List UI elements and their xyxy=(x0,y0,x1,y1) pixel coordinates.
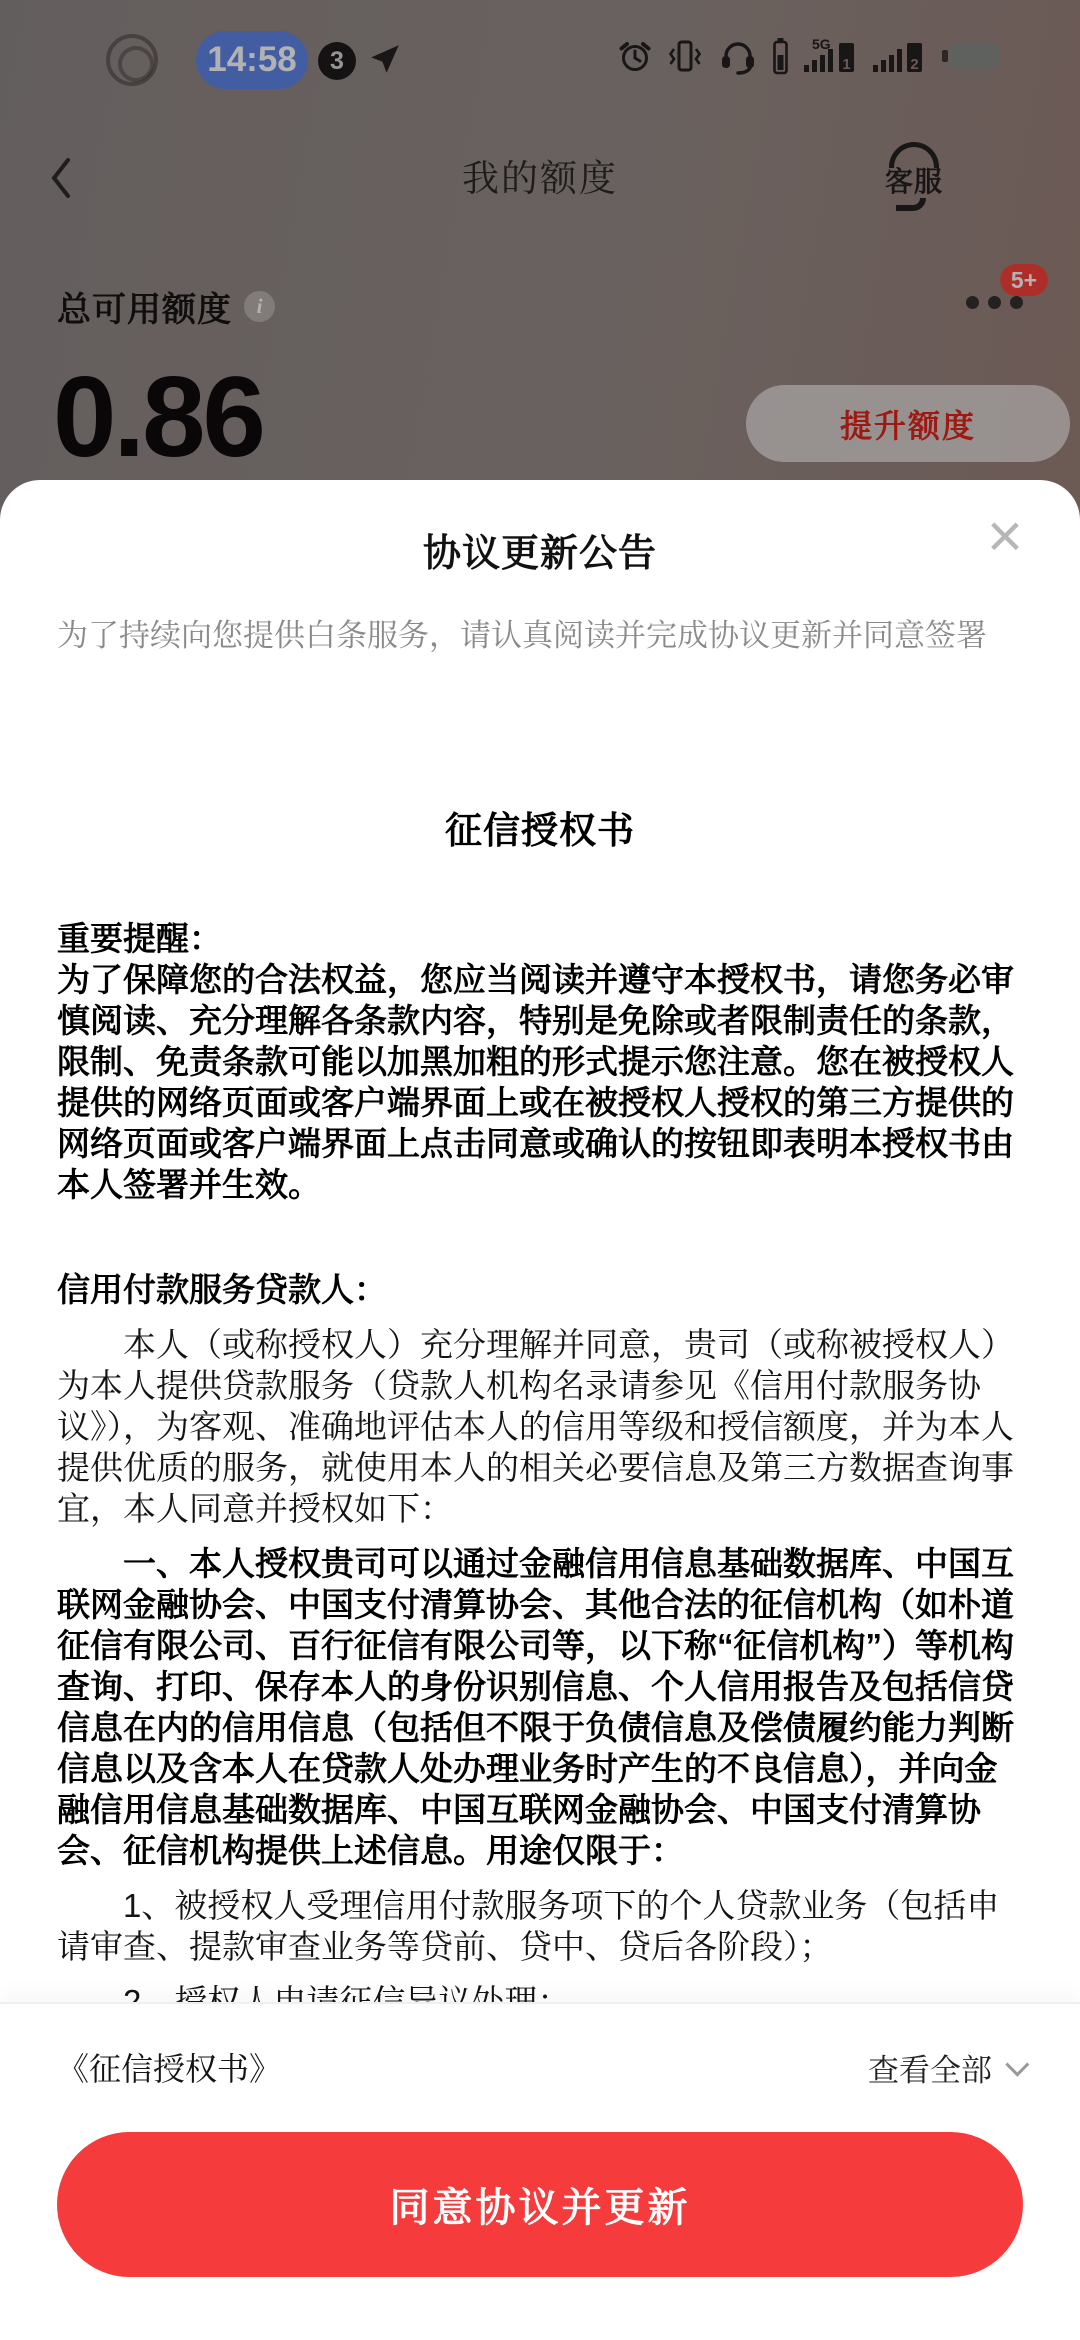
agreement-paragraph: 本人（或称授权人）充分理解并同意，贵司（或称被授权人）为本人提供贷款服务（贷款人… xyxy=(57,1324,1023,1529)
agreement-paragraph: 2、授权人申请征信异议处理； xyxy=(57,1981,1023,2002)
agreement-sections: 重要提醒：为了保障您的合法权益，您应当阅读并遵守本授权书，请您务必审慎阅读、充分… xyxy=(57,918,1023,2002)
footer-row: 《征信授权书》 查看全部 xyxy=(57,2044,1023,2090)
chevron-down-icon xyxy=(1005,2052,1029,2076)
agreement-preview[interactable]: 征信授权书 重要提醒：为了保障您的合法权益，您应当阅读并遵守本授权书，请您务必审… xyxy=(0,770,1080,2002)
agreement-paragraph: 重要提醒： xyxy=(57,918,1023,959)
agreement-paragraph: 1、被授权人受理信用付款服务项下的个人贷款业务（包括申请审查、提款审查业务等贷前… xyxy=(57,1885,1023,1967)
screen: 14:58 3 xyxy=(0,0,1080,2340)
agreement-paragraph: 信用付款服务贷款人： xyxy=(57,1269,1023,1310)
document-title: 征信授权书 xyxy=(57,806,1023,856)
close-icon[interactable]: × xyxy=(970,502,1040,572)
modal-title: 协议更新公告 xyxy=(0,480,1080,577)
agreement-paragraph: 为了保障您的合法权益，您应当阅读并遵守本授权书，请您务必审慎阅读、充分理解各条款… xyxy=(57,959,1023,1205)
view-all-button[interactable]: 查看全部 xyxy=(868,2045,1023,2090)
document-link[interactable]: 《征信授权书》 xyxy=(57,2044,281,2090)
agreement-paragraph: 一、本人授权贵司可以通过金融信用信息基础数据库、中国互联网金融协会、中国支付清算… xyxy=(57,1543,1023,1871)
agreement-modal: 协议更新公告 × 为了持续向您提供白条服务，请认真阅读并完成协议更新并同意签署 … xyxy=(0,480,1080,2340)
modal-footer: 《征信授权书》 查看全部 同意协议并更新 xyxy=(0,2002,1080,2340)
agree-and-update-button[interactable]: 同意协议并更新 xyxy=(57,2132,1023,2277)
modal-subtitle: 为了持续向您提供白条服务，请认真阅读并完成协议更新并同意签署 xyxy=(57,611,1023,661)
view-all-label: 查看全部 xyxy=(868,2045,992,2090)
